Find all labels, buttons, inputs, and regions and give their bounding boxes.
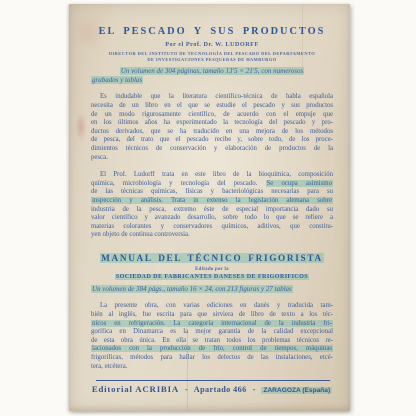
highlighted-text: Un volumen de 304 páginas, tamaño 13'5 ×…	[120, 67, 304, 75]
footer-city: ZARAGOZA (España)	[261, 387, 332, 394]
text-line: industria de la pesca, extremo éste de e…	[91, 206, 333, 215]
book2-publisher-highlight: SOCIEDAD DE FABRICANTES DANESES DE FRIGO…	[115, 274, 309, 280]
text-segment: bién al inglés, fue escrita para que sir…	[91, 311, 333, 318]
text-line: yen objeto de continua controversia.	[91, 231, 333, 240]
text-segment: química, microbiología y tecnología del …	[91, 180, 266, 187]
text-line: Es indudable que la literatura científic…	[91, 93, 333, 102]
footer-imprint: Editorial ACRIBIA - Apartado 466 - ZARAG…	[91, 384, 333, 394]
text-line: bién al inglés, fue escrita para que sir…	[91, 311, 333, 320]
text-segment: de pesca, del trato que el pescado recib…	[91, 136, 333, 143]
text-line: necesita de un libro en el que se estudi…	[91, 102, 333, 111]
text-line: lacionados con la producción de frío, co…	[91, 345, 333, 354]
footer-address: Apartado 466	[194, 385, 247, 394]
highlighted-text: nicos en refrigeración. La categoría int…	[91, 320, 333, 327]
text-segment: de esta obra única. En ella se tratan to…	[91, 337, 333, 344]
text-line: ductos derivados, que se ha traducido en…	[91, 128, 333, 137]
book1-title: EL PESCADO Y SUS PRODUCTOS	[91, 26, 333, 37]
text-line: valor científico y avanzado desarrollo, …	[91, 214, 333, 223]
text-line: dimientos técnicos de conservación y ela…	[91, 145, 333, 154]
text-line: grabados y tablas	[91, 76, 333, 85]
text-line: nicos en refrigeración. La categoría int…	[91, 320, 333, 329]
text-line: Un volumen de 384 págs., tamaño 16 × 24,…	[91, 285, 333, 294]
text-segment: Es indudable que la literatura científic…	[100, 93, 333, 100]
text-line: pesca.	[91, 154, 333, 163]
text-line: de las técnicas químicas, físicas y bact…	[91, 188, 333, 197]
book1-paragraph-2: El Prof. Ludorff trata en este libro de …	[91, 171, 333, 240]
book2-publisher: SOCIEDAD DE FABRICANTES DANESES DE FRIGO…	[91, 274, 333, 280]
text-line: La presente obra, con varias ediciones e…	[91, 302, 333, 311]
text-line: inspección y análisis. Trata in extenso …	[91, 197, 333, 206]
text-segment: ductos derivados, que se ha traducido en…	[91, 128, 333, 135]
text-segment: necesita de un libro en el que se estudi…	[91, 102, 333, 109]
page-content: EL PESCADO Y SUS PRODUCTOS Por el Prof. …	[69, 4, 350, 411]
book2-volume-info: Un volumen de 384 págs., tamaño 16 × 24,…	[91, 285, 333, 294]
text-segment: de las técnicas químicas, físicas y bact…	[91, 188, 333, 195]
book1-author: Por el Prof. Dr. W. LUDORFF	[91, 41, 333, 48]
highlighted-text: inspección y análisis. Trata in extenso …	[91, 197, 333, 204]
text-segment: tera, etcétera.	[91, 363, 127, 370]
text-line: El Prof. Ludorff trata en este libro de …	[91, 171, 333, 180]
highlighted-text: Se ocupa asimismo	[266, 180, 333, 187]
book2-paragraph: La presente obra, con varias ediciones e…	[91, 302, 333, 371]
text-segment: La presente obra, con varias ediciones e…	[100, 302, 333, 309]
text-segment: industria de la pesca, extremo éste de e…	[91, 206, 333, 213]
text-line: tera, etcétera.	[91, 363, 333, 372]
author-role-line: DIRECTOR DEL INSTITUTO DE TECNOLOGÍA DEL…	[91, 51, 333, 57]
text-segment: yen objeto de continua controversia.	[91, 231, 190, 238]
text-line: gorífica en Dinamarca es la mejor garant…	[91, 328, 333, 337]
text-line: en los últimos años ha experimentado la …	[91, 119, 333, 128]
author-role-line: DE INVESTIGACIONES PESQUERAS DE HAMBURGO	[91, 57, 333, 63]
book1-paragraph-1: Es indudable que la literatura científic…	[91, 93, 333, 162]
text-line: Un volumen de 304 páginas, tamaño 13'5 ×…	[91, 67, 333, 76]
text-segment: materias colorantes y conservadores quím…	[91, 223, 333, 230]
scanned-page: EL PESCADO Y SUS PRODUCTOS Por el Prof. …	[69, 4, 350, 411]
footer-separator: -	[185, 385, 188, 394]
text-line: de pesca, del trato que el pescado recib…	[91, 136, 333, 145]
text-segment: gorífica en Dinamarca es la mejor garant…	[91, 328, 333, 335]
text-segment: El Prof. Ludorff trata en este libro de …	[100, 171, 333, 178]
text-segment: de un modo rigurosamente científico, de …	[91, 111, 333, 118]
footer-rule	[96, 380, 330, 381]
text-line: química, microbiología y tecnología del …	[91, 180, 333, 189]
footer-publisher: Editorial ACRIBIA	[92, 384, 179, 394]
highlighted-text: lacionados con la producción de frío, co…	[91, 345, 333, 352]
book1-volume-info: Un volumen de 304 páginas, tamaño 13'5 ×…	[91, 67, 333, 84]
book1-author-roles: DIRECTOR DEL INSTITUTO DE TECNOLOGÍA DEL…	[91, 51, 333, 62]
footer-separator: -	[253, 385, 256, 394]
text-segment: valor científico y avanzado desarrollo, …	[91, 214, 333, 221]
text-line: frigoríficas, métodos para hallar los de…	[91, 354, 333, 363]
book2-edited-by: Editado por la	[91, 267, 333, 272]
text-segment: dimientos técnicos de conservación y ela…	[91, 145, 333, 152]
text-segment: pesca.	[91, 154, 108, 161]
text-line: materias colorantes y conservadores quím…	[91, 223, 333, 232]
book2-title-highlight: MANUAL DEL TÉCNICO FRIGORISTA	[100, 253, 324, 263]
highlighted-text: Un volumen de 384 págs., tamaño 16 × 24,…	[91, 285, 293, 293]
text-segment: frigoríficas, métodos para hallar los de…	[91, 354, 333, 361]
text-segment: en los últimos años ha experimentado la …	[91, 119, 333, 126]
book2-title: MANUAL DEL TÉCNICO FRIGORISTA	[91, 253, 333, 263]
text-line: de esta obra única. En ella se tratan to…	[91, 337, 333, 346]
text-line: de un modo rigurosamente científico, de …	[91, 111, 333, 120]
highlighted-text: grabados y tablas	[91, 76, 143, 84]
